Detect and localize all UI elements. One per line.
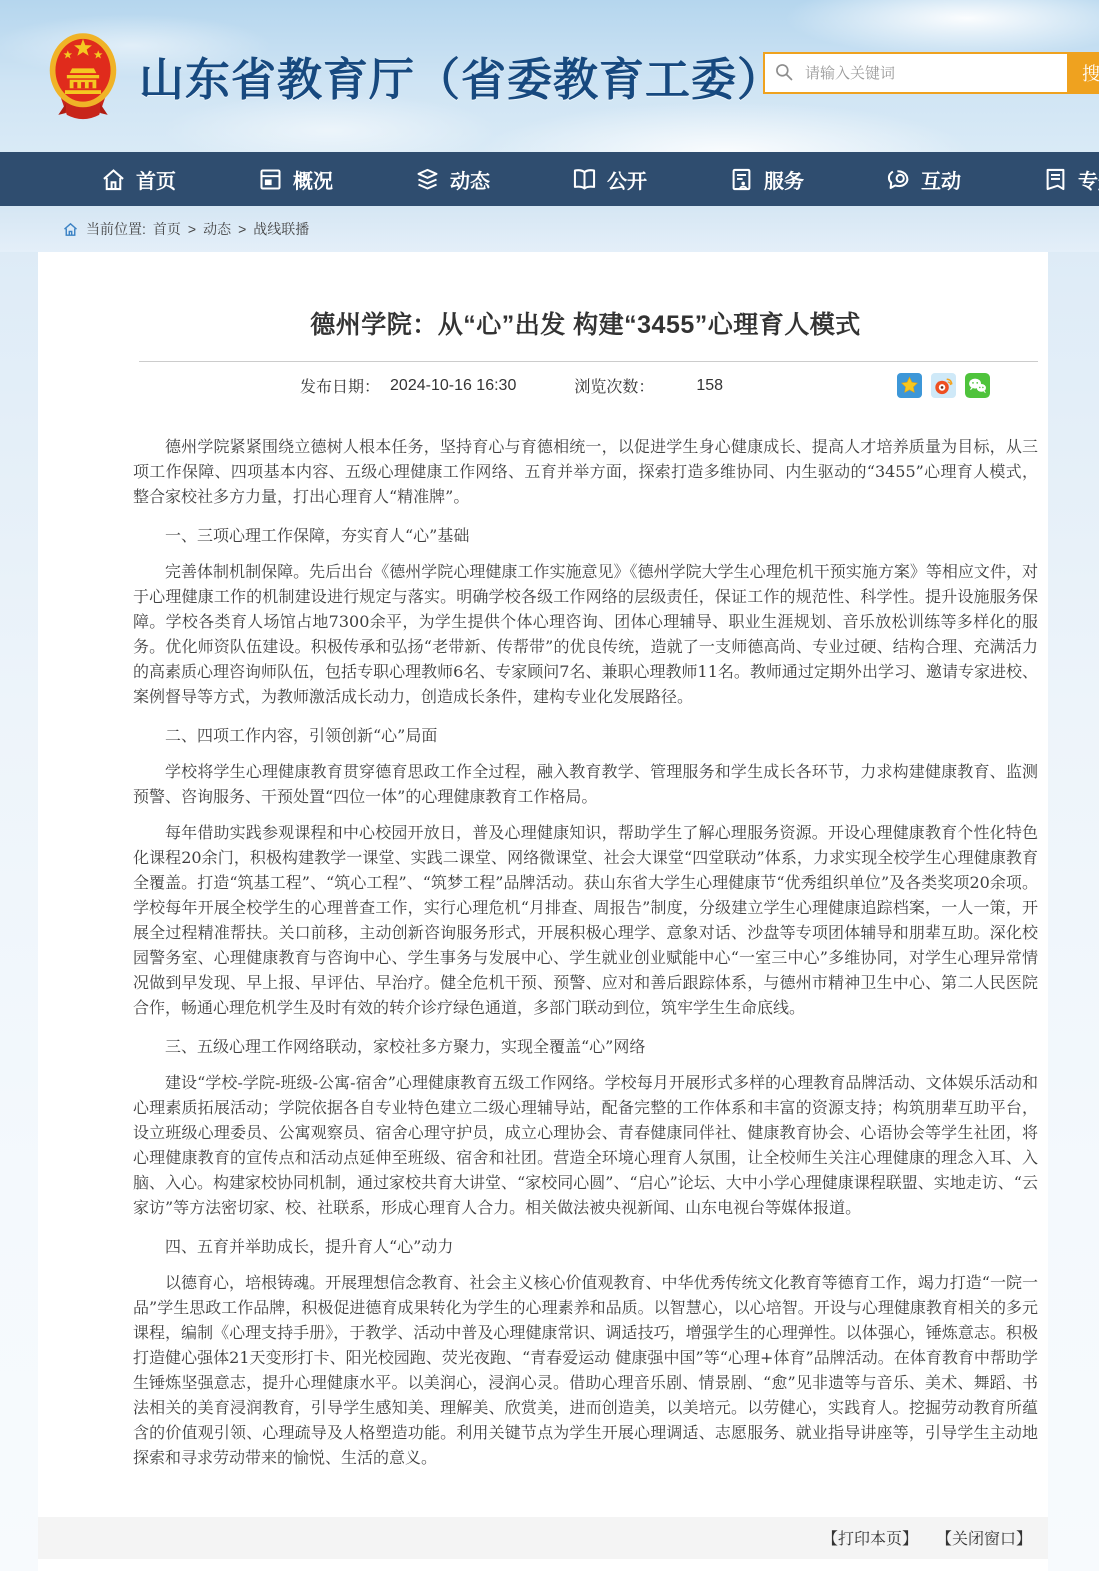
main-nav: 首页 概况 动态 公开 服务 xyxy=(0,152,1099,206)
nav-item-label: 概况 xyxy=(293,165,333,194)
article-meta: 发布日期： 2024-10-16 16:30 浏览次数： 158 xyxy=(38,362,1048,410)
article-paragraph: 四、五育并举助成长，提升育人“心”动力 xyxy=(133,1234,1038,1259)
nav-item-overview[interactable]: 概况 xyxy=(257,152,414,206)
news-icon xyxy=(414,166,441,193)
national-emblem-logo xyxy=(45,26,121,124)
nav-item-label: 互动 xyxy=(921,165,961,194)
search-input[interactable] xyxy=(763,52,1067,94)
nav-item-label: 专题 xyxy=(1078,165,1099,194)
article-paragraph: 完善体制机制保障。先后出台《德州学院心理健康工作实施意见》《德州学院大学生心理危… xyxy=(133,559,1038,709)
close-window-button[interactable]: 【关闭窗口】 xyxy=(936,1526,1032,1549)
breadcrumb-separator: > xyxy=(188,221,196,237)
home-icon xyxy=(100,166,127,193)
nav-item-interaction[interactable]: 互动 xyxy=(885,152,1042,206)
nav-item-label: 公开 xyxy=(607,165,647,194)
interaction-icon xyxy=(885,166,912,193)
article-paragraph: 二、四项工作内容，引领创新“心”局面 xyxy=(133,723,1038,748)
search-box: 搜 xyxy=(763,52,1099,94)
article-title: 德州学院：从“心”出发 构建“3455”心理育人模式 xyxy=(38,305,1048,341)
nav-item-label: 首页 xyxy=(136,165,176,194)
share-icons xyxy=(897,373,990,398)
nav-item-special-topics[interactable]: 专题 xyxy=(1042,152,1099,206)
print-page-button[interactable]: 【打印本页】 xyxy=(822,1526,918,1549)
page: 山东省教育厅（省委教育工委） 搜 首页 概况 xyxy=(0,0,1099,1571)
weibo-share-icon[interactable] xyxy=(931,373,956,398)
overview-icon xyxy=(257,166,284,193)
article-paragraph: 以德育心，培根铸魂。开展理想信念教育、社会主义核心价值观教育、中华优秀传统文化教… xyxy=(133,1270,1038,1470)
breadcrumb-item-home[interactable]: 首页 xyxy=(153,219,181,239)
nav-item-news[interactable]: 动态 xyxy=(414,152,571,206)
content-card: 德州学院：从“心”出发 构建“3455”心理育人模式 发布日期： 2024-10… xyxy=(38,252,1048,1571)
breadcrumb-item-frontline[interactable]: 战线联播 xyxy=(253,219,309,239)
nav-item-label: 服务 xyxy=(764,165,804,194)
nav-item-home[interactable]: 首页 xyxy=(100,152,257,206)
breadcrumb-separator: > xyxy=(238,221,246,237)
article-paragraph: 每年借助实践参观课程和中心校园开放日，普及心理健康知识，帮助学生了解心理服务资源… xyxy=(133,820,1038,1020)
site-brand[interactable]: 山东省教育厅（省委教育工委） xyxy=(45,26,783,124)
breadcrumb-home-icon xyxy=(62,221,79,238)
site-header: 山东省教育厅（省委教育工委） 搜 xyxy=(0,0,1099,152)
nav-item-service[interactable]: 服务 xyxy=(728,152,885,206)
publish-date-value: 2024-10-16 16:30 xyxy=(390,377,516,395)
search-button[interactable]: 搜 xyxy=(1067,52,1099,94)
qzone-share-icon[interactable] xyxy=(897,373,922,398)
article-paragraph: 德州学院紧紧围绕立德树人根本任务，坚持育心与育德相统一，以促进学生身心健康成长、… xyxy=(133,434,1038,509)
article-actions: 【打印本页】 【关闭窗口】 xyxy=(38,1517,1048,1559)
nav-item-disclosure[interactable]: 公开 xyxy=(571,152,728,206)
special-topics-icon xyxy=(1042,166,1069,193)
disclosure-icon xyxy=(571,166,598,193)
publish-date-label: 发布日期： xyxy=(300,374,380,397)
service-icon xyxy=(728,166,755,193)
article-paragraph: 学校将学生心理健康教育贯穿德育思政工作全过程，融入教育教学、管理服务和学生成长各… xyxy=(133,759,1038,809)
breadcrumb: 当前位置: 首页 > 动态 > 战线联播 xyxy=(0,206,1099,252)
breadcrumb-item-news[interactable]: 动态 xyxy=(203,219,231,239)
article-paragraph: 三、五级心理工作网络联动，家校社多方聚力，实现全覆盖“心”网络 xyxy=(133,1034,1038,1059)
site-title: 山东省教育厅（省委教育工委） xyxy=(139,43,783,108)
nav-item-label: 动态 xyxy=(450,165,490,194)
article-body: 德州学院紧紧围绕立德树人根本任务，坚持育心与育德相统一，以促进学生身心健康成长、… xyxy=(38,410,1048,1499)
views-value: 158 xyxy=(696,377,723,395)
breadcrumb-prefix: 当前位置: xyxy=(86,219,146,239)
wechat-share-icon[interactable] xyxy=(965,373,990,398)
article-paragraph: 建设“学校-学院-班级-公寓-宿舍”心理健康教育五级工作网络。学校每月开展形式多… xyxy=(133,1070,1038,1220)
views-label: 浏览次数： xyxy=(574,374,654,397)
article-paragraph: 一、三项心理工作保障，夯实育人“心”基础 xyxy=(133,523,1038,548)
